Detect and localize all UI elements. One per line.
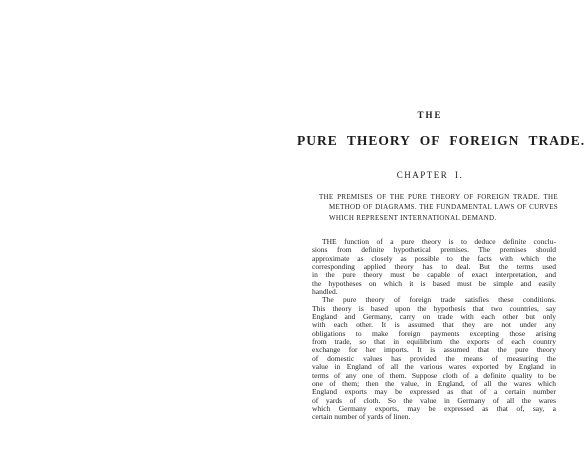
text-line: This theory is based upon the hypothesis… [312,305,556,313]
text-line: which Germany exports, may be expressed … [312,405,556,413]
text-line: England exports may be expressed as that… [312,388,556,396]
text-line: handled. [312,288,556,296]
summary-line: METHOD OF DIAGRAMS. THE FUNDAMENTAL LAWS… [319,202,558,212]
text-line: one of them; then the value, in England,… [312,380,556,388]
text-line: THE function of a pure theory is to dedu… [312,238,556,246]
text-line: obligations to make foreign payments exc… [312,330,556,338]
text-line: corresponding applied theory has to deal… [312,263,556,271]
text-line: terms of any one of them. Suppose cloth … [312,372,556,380]
text-line: England and Germany, carry on trade with… [312,313,556,321]
body-text: THE function of a pure theory is to dedu… [312,238,556,422]
text-line: from trade, so that in equilibrium the e… [312,338,556,346]
text-line: with each other. It is assumed that they… [312,321,556,329]
summary-line: THE PREMISES OF THE PURE THEORY OF FOREI… [319,192,558,202]
text-line: sions from definite hypothetical premise… [312,246,556,254]
summary-line: WHICH REPRESENT INTERNATIONAL DEMAND. [319,213,558,223]
text-line: the hypotheses on which it is based must… [312,280,556,288]
text-line: of yards of cloth. So the value in Germa… [312,397,556,405]
text-line: exchange for her imports. It is assumed … [312,346,556,354]
text-line: value in England of all the various ware… [312,363,556,371]
scanned-page: THE PURE THEORY OF FOREIGN TRADE. CHAPTE… [0,0,587,475]
text-line: certain number of yards of linen. [312,413,556,421]
text-line: approximate as closely as possible to th… [312,255,556,263]
text-line: The pure theory of foreign trade satisfi… [312,296,556,304]
half-title: THE [310,110,550,120]
book-title: PURE THEORY OF FOREIGN TRADE. [297,133,563,149]
text-line: of domestic values has provided the mean… [312,355,556,363]
chapter-heading: CHAPTER I. [310,170,550,180]
chapter-summary: THE PREMISES OF THE PURE THEORY OF FOREI… [319,192,558,223]
text-line: in the pure theory must be capable of ex… [312,271,556,279]
